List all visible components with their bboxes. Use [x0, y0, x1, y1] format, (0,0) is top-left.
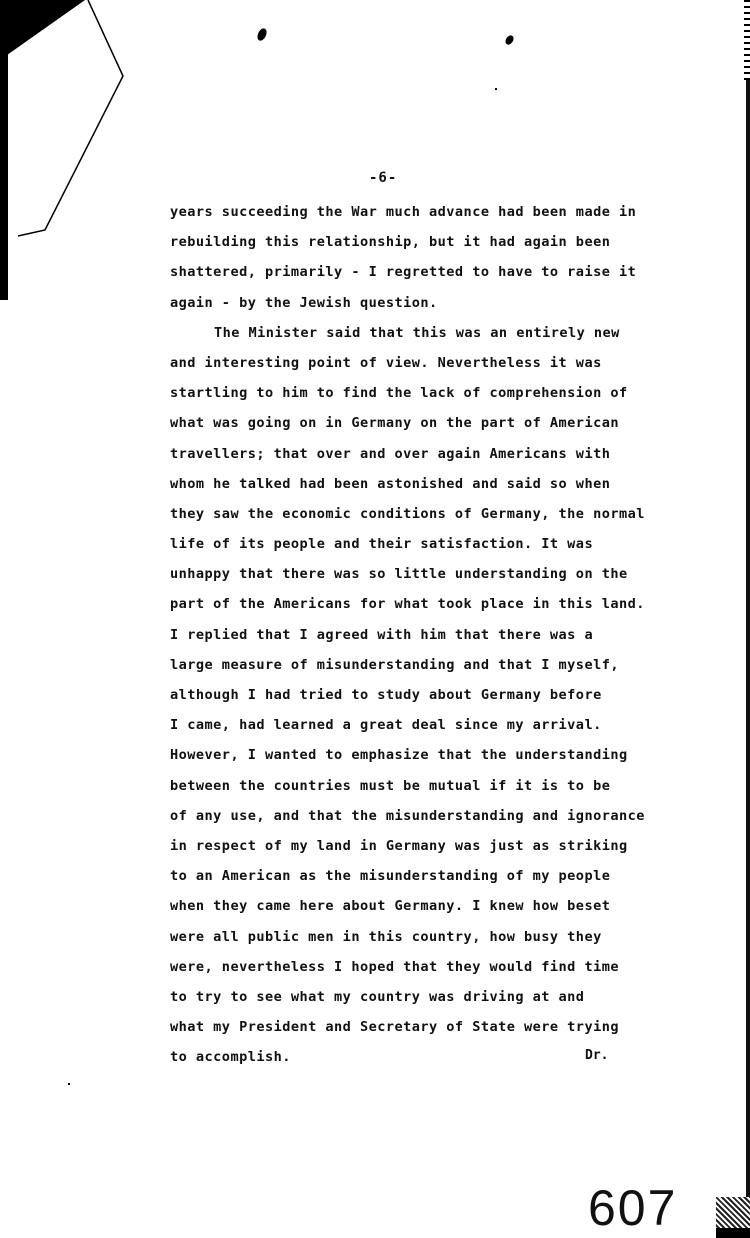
paragraph-2: The Minister said that this was an entir… [170, 318, 670, 1073]
document-page: -6- years succeeding the War much advanc… [0, 0, 750, 1238]
text-line: again - by the Jewish question. [170, 288, 670, 318]
speck [495, 88, 497, 90]
text-line: unhappy that there was so little underst… [170, 559, 670, 589]
text-line: startling to him to find the lack of com… [170, 378, 670, 408]
text-line: whom he talked had been astonished and s… [170, 469, 670, 499]
text-line: to an American as the misunderstanding o… [170, 861, 670, 891]
scan-corner-shadow-bottom [716, 1228, 750, 1238]
ink-blot [504, 34, 515, 46]
continuation-catchword: Dr. [585, 1048, 608, 1063]
text-line: part of the Americans for what took plac… [170, 589, 670, 619]
text-line: The Minister said that this was an entir… [170, 318, 670, 348]
text-line: of any use, and that the misunderstandin… [170, 801, 670, 831]
text-line: rebuilding this relationship, but it had… [170, 227, 670, 257]
scan-right-edge-noise [744, 0, 750, 80]
text-line: large measure of misunderstanding and th… [170, 650, 670, 680]
text-line: what was going on in Germany on the part… [170, 408, 670, 438]
text-line: I replied that I agreed with him that th… [170, 620, 670, 650]
text-line: and interesting point of view. Neverthel… [170, 348, 670, 378]
text-line: were, nevertheless I hoped that they wou… [170, 952, 670, 982]
text-line: what my President and Secretary of State… [170, 1012, 670, 1042]
folded-corner-icon [0, 0, 130, 240]
text-line: they saw the economic conditions of Germ… [170, 499, 670, 529]
text-line: in respect of my land in Germany was jus… [170, 831, 670, 861]
text-line: life of its people and their satisfactio… [170, 529, 670, 559]
page-number: -6- [369, 170, 397, 186]
text-line: However, I wanted to emphasize that the … [170, 740, 670, 770]
text-line: I came, had learned a great deal since m… [170, 710, 670, 740]
text-line: to try to see what my country was drivin… [170, 982, 670, 1012]
speck [68, 1083, 70, 1085]
ink-blot [256, 27, 269, 42]
text-line: although I had tried to study about Germ… [170, 680, 670, 710]
text-line: when they came here about Germany. I kne… [170, 891, 670, 921]
text-line: travellers; that over and over again Ame… [170, 439, 670, 469]
text-line: were all public men in this country, how… [170, 922, 670, 952]
scan-right-edge [746, 80, 750, 1200]
paragraph-1: years succeeding the War much advance ha… [170, 197, 670, 318]
handwritten-page-number: 607 [588, 1183, 677, 1233]
text-line: between the countries must be mutual if … [170, 771, 670, 801]
letter-body: years succeeding the War much advance ha… [170, 197, 670, 1072]
text-line: years succeeding the War much advance ha… [170, 197, 670, 227]
text-line: shattered, primarily - I regretted to ha… [170, 257, 670, 287]
